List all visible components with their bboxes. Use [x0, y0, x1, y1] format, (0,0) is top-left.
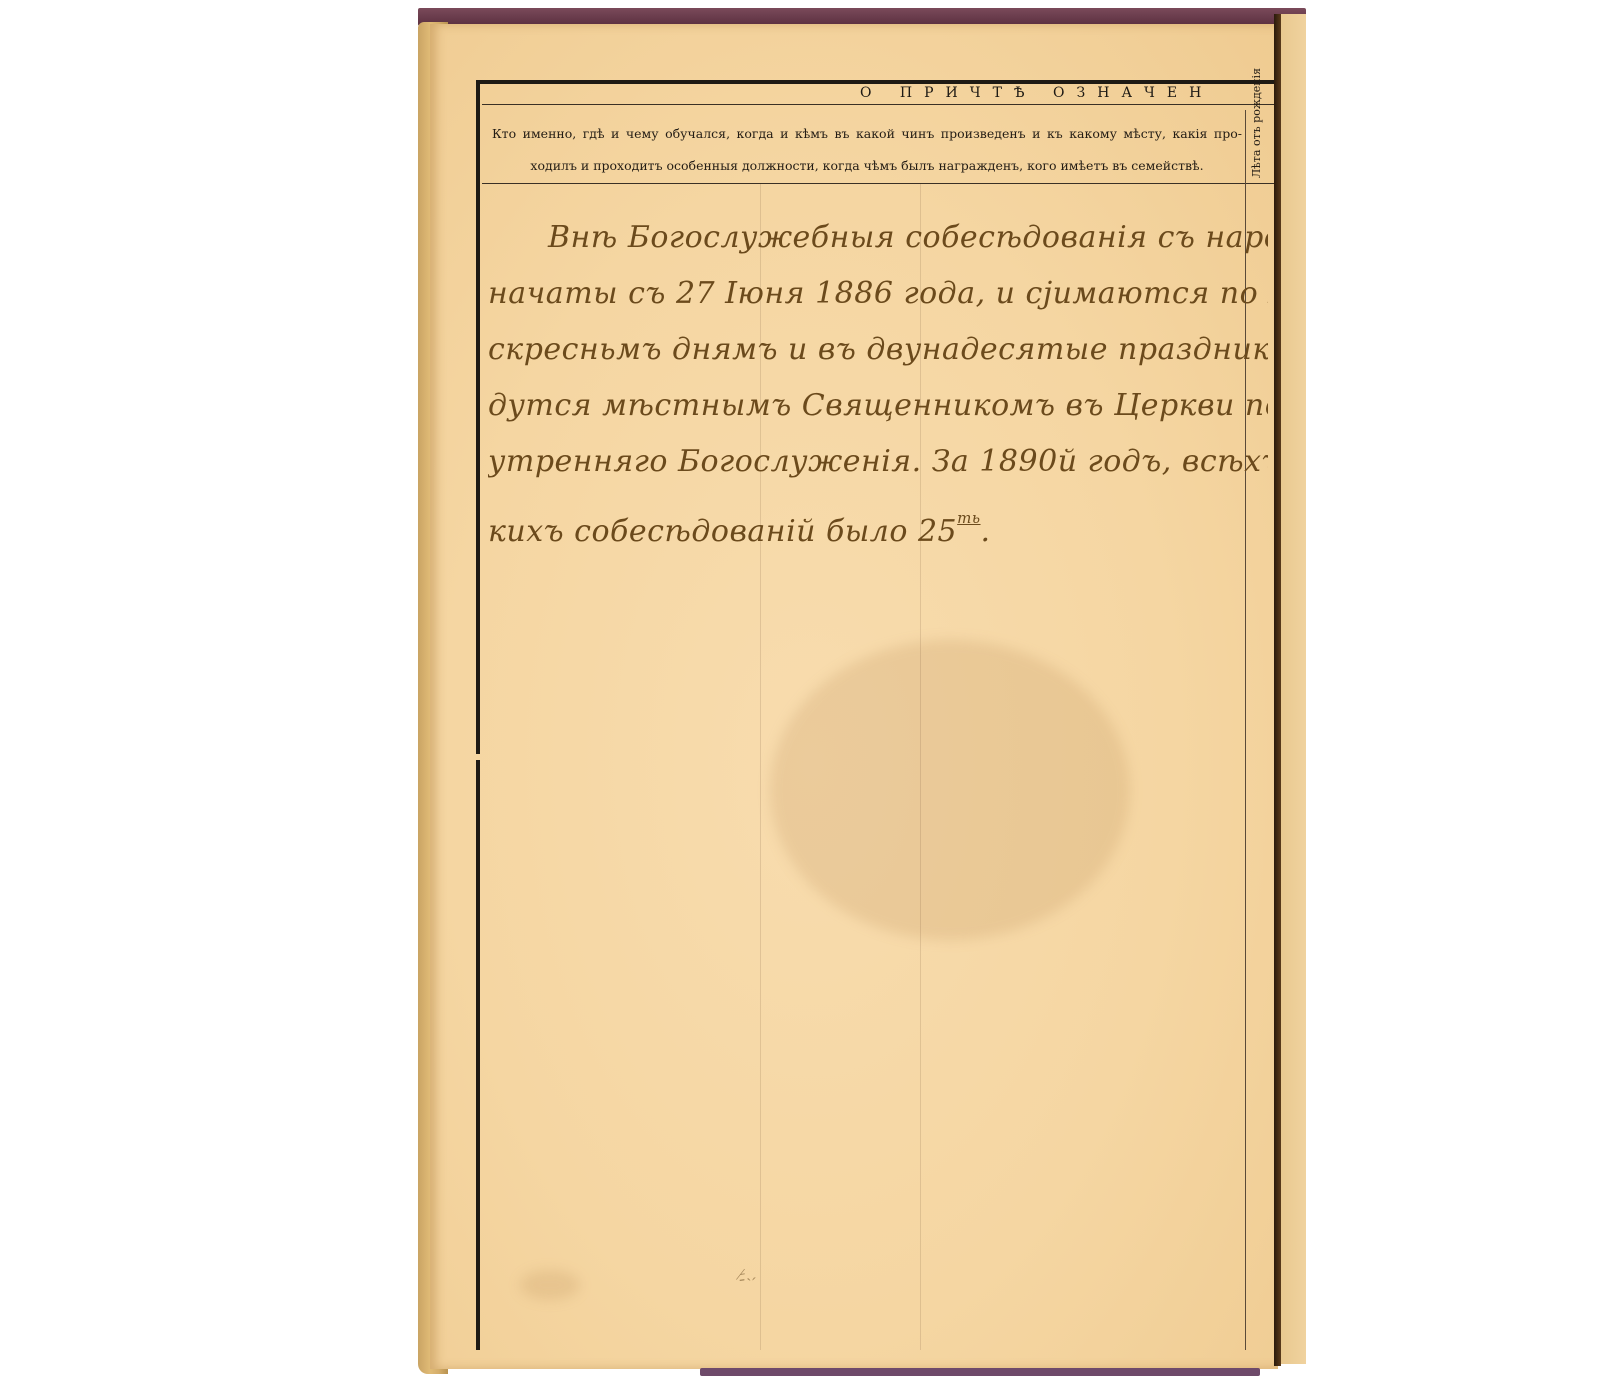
paper-stain	[520, 1270, 580, 1300]
table-frame-top	[476, 80, 1274, 84]
column-header-line-1: Кто именно, гдѣ и чему обучался, когда и…	[492, 118, 1242, 150]
handwritten-entry: Внѣ Богослужебныя собесѣдованія съ народ…	[488, 210, 1268, 560]
count-suffix: ть	[957, 509, 980, 527]
handwritten-line: кихъ собесѣдованій было 25ть.	[488, 490, 1268, 560]
column-header: Кто именно, гдѣ и чему обучался, когда и…	[492, 118, 1242, 182]
handwritten-line: Внѣ Богослужебныя собесѣдованія съ народ…	[488, 210, 1268, 266]
handwritten-line: дутся мѣстнымъ Священникомъ въ Церкви по…	[488, 378, 1268, 434]
handwritten-line: начаты съ 27 Іюня 1886 года, и сjимаются…	[488, 266, 1268, 322]
header-divider	[482, 104, 1274, 105]
handwritten-line: утренняго Богослуженія. За 1890й годъ, в…	[488, 434, 1268, 490]
pencil-mark: ̵̷̱ˎˏ	[744, 1261, 757, 1282]
facing-page-edge: Кт тѣв ных	[1278, 14, 1306, 1364]
binding-fold	[1274, 14, 1281, 1366]
book-cover-bottom	[700, 1368, 1260, 1376]
paper-stain	[770, 640, 1130, 940]
age-column-header: Лѣта отъ рожденія	[1250, 68, 1263, 178]
header-divider	[482, 183, 1274, 184]
section-title: О ПРИЧТѢ ОЗНАЧЕН	[860, 85, 1280, 101]
table-frame-left	[476, 80, 480, 1350]
handwritten-line: скресньмъ днямъ и въ двунадесятые праздн…	[488, 322, 1268, 378]
column-header-line-2: ходилъ и проходитъ особенныя должности, …	[492, 150, 1242, 182]
